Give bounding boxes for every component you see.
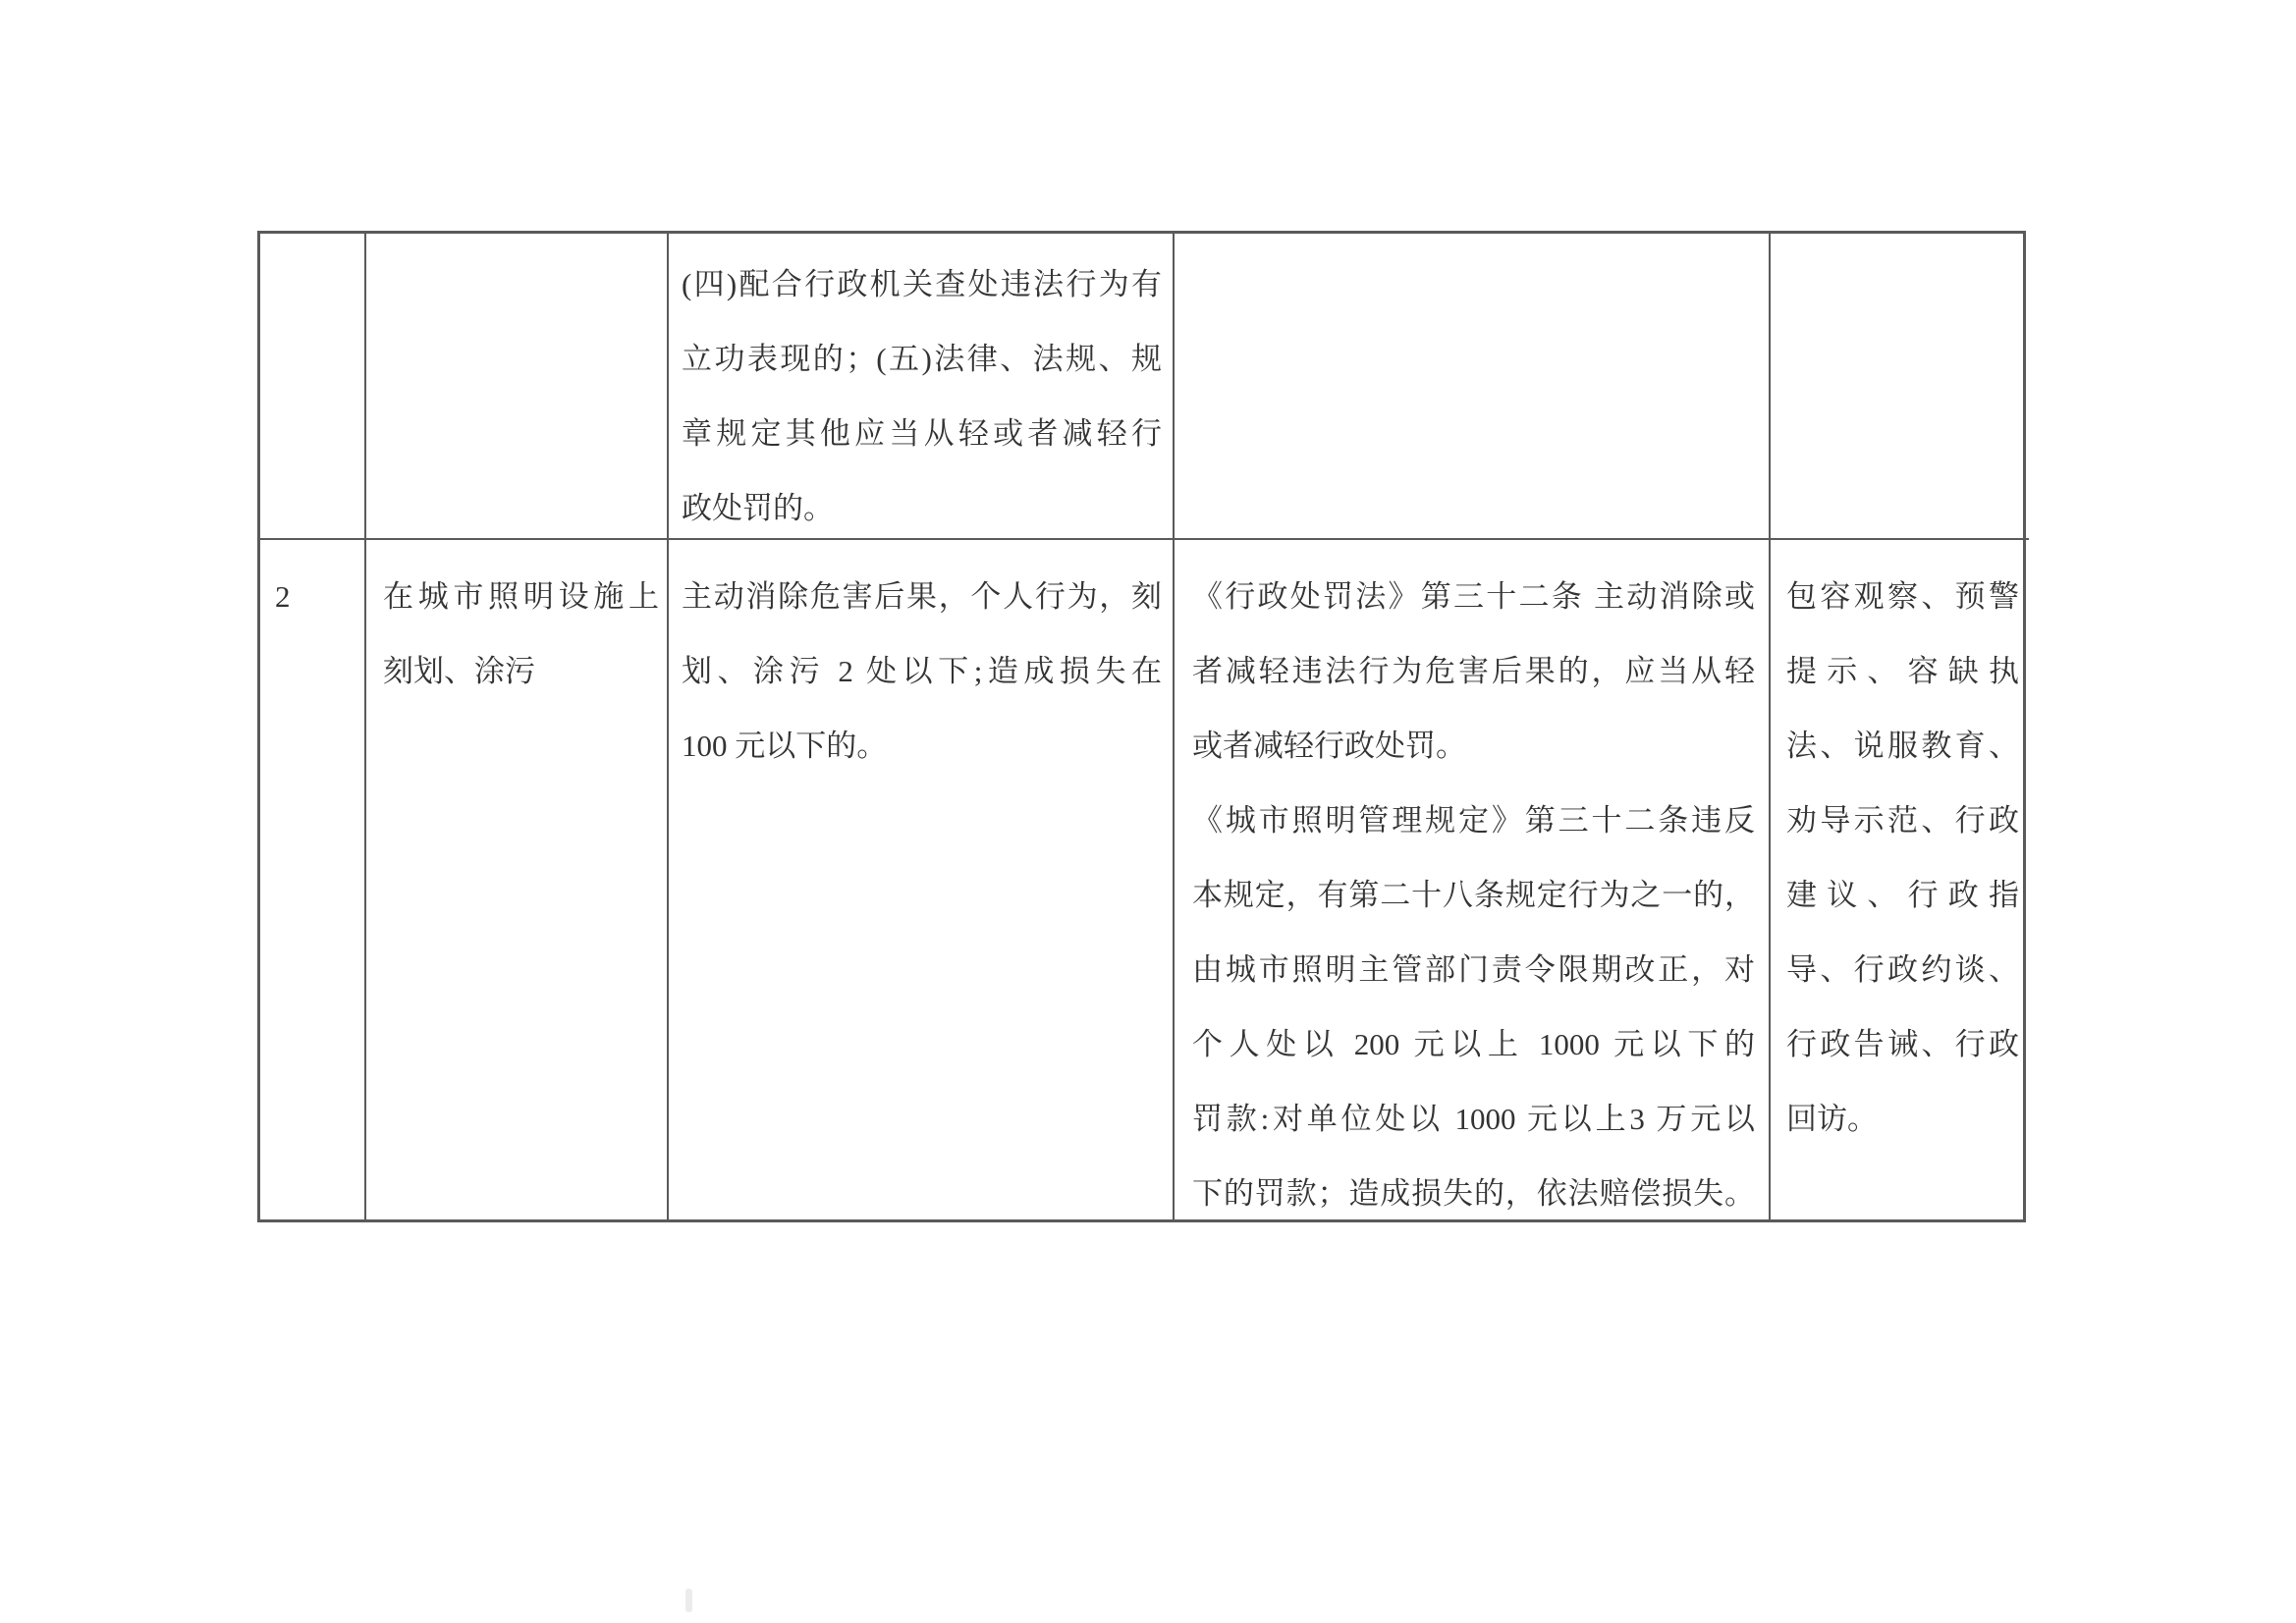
cell-line: 劝导示范、行政	[1786, 784, 2019, 858]
cell-line: 回访。	[1786, 1082, 2019, 1157]
cell-line: (四)配合行政机关查处违法行为有	[682, 247, 1162, 322]
cell-row-continuation-criteria-cont: (四)配合行政机关查处违法行为有立功表现的；(五)法律、法规、规章规定其他应当从…	[669, 234, 1175, 540]
cell-row-item-2-seq-number: 2	[260, 540, 366, 1222]
cell-line: 本规定，有第二十八条规定行为之一的，	[1192, 858, 1755, 933]
cell-row-item-2-criteria: 主动消除危害后果，个人行为，刻划、涂污 2 处以下;造成损失在100 元以下的。	[669, 540, 1175, 1222]
cell-line: 在城市照明设施上	[383, 560, 659, 634]
penalty-discretion-table: (四)配合行政机关查处违法行为有立功表现的；(五)法律、法规、规章规定其他应当从…	[257, 231, 2026, 1222]
cell-line: 2	[275, 560, 360, 634]
cell-line: 刻划、涂污	[383, 634, 659, 709]
cell-content: 2	[275, 560, 360, 634]
cell-line: 导、行政约谈、	[1786, 933, 2019, 1007]
cell-row-continuation-violation-empty	[366, 234, 669, 540]
scanned-document-page: (四)配合行政机关查处违法行为有立功表现的；(五)法律、法规、规章规定其他应当从…	[0, 0, 2296, 1623]
cell-row-continuation-measures-empty	[1771, 234, 2029, 540]
cell-line: 包容观察、预警	[1786, 560, 2019, 634]
cell-line: 政处罚的。	[682, 471, 1162, 540]
cell-line: 章规定其他应当从轻或者减轻行	[682, 397, 1162, 471]
cell-line: 下的罚款；造成损失的，依法赔偿损失。	[1192, 1157, 1755, 1222]
cell-line: 100 元以下的。	[682, 709, 1162, 784]
cell-line: 个人处以 200 元以上 1000 元以下的	[1192, 1007, 1755, 1082]
cell-row-item-2-legal-basis: 《行政处罚法》第三十二条 主动消除或者减轻违法行为危害后果的，应当从轻或者减轻行…	[1175, 540, 1771, 1222]
cell-content: (四)配合行政机关查处违法行为有立功表现的；(五)法律、法规、规章规定其他应当从…	[682, 247, 1162, 540]
cell-content: 包容观察、预警提示、容缺执法、说服教育、劝导示范、行政建议、行政指导、行政约谈、…	[1786, 560, 2019, 1157]
cell-row-item-2-measures: 包容观察、预警提示、容缺执法、说服教育、劝导示范、行政建议、行政指导、行政约谈、…	[1771, 540, 2029, 1222]
cell-line: 建议、行政指	[1786, 858, 2019, 933]
cell-line: 行政告诫、行政	[1786, 1007, 2019, 1082]
cell-line: 罚款:对单位处以 1000 元以上3 万元以	[1192, 1082, 1755, 1157]
cell-content: 《行政处罚法》第三十二条 主动消除或者减轻违法行为危害后果的，应当从轻或者减轻行…	[1192, 560, 1755, 1222]
cell-line: 主动消除危害后果，个人行为，刻	[682, 560, 1162, 634]
cell-line: 者减轻违法行为危害后果的，应当从轻	[1192, 634, 1755, 709]
cell-line: 《行政处罚法》第三十二条 主动消除或	[1192, 560, 1755, 634]
cell-row-continuation-basis-empty	[1175, 234, 1771, 540]
cell-line: 立功表现的；(五)法律、法规、规	[682, 322, 1162, 397]
cell-row-continuation-seq-empty	[260, 234, 366, 540]
cell-line: 《城市照明管理规定》第三十二条违反	[1192, 784, 1755, 858]
cell-line: 或者减轻行政处罚。	[1192, 709, 1755, 784]
cell-line: 法、说服教育、	[1786, 709, 2019, 784]
cell-line: 划、涂污 2 处以下;造成损失在	[682, 634, 1162, 709]
cell-line: 提示、容缺执	[1786, 634, 2019, 709]
cell-content: 主动消除危害后果，个人行为，刻划、涂污 2 处以下;造成损失在100 元以下的。	[682, 560, 1162, 784]
cell-content: 在城市照明设施上刻划、涂污	[383, 560, 659, 709]
scan-artifact	[685, 1589, 692, 1612]
cell-line: 由城市照明主管部门责令限期改正，对	[1192, 933, 1755, 1007]
cell-row-item-2-violation: 在城市照明设施上刻划、涂污	[366, 540, 669, 1222]
